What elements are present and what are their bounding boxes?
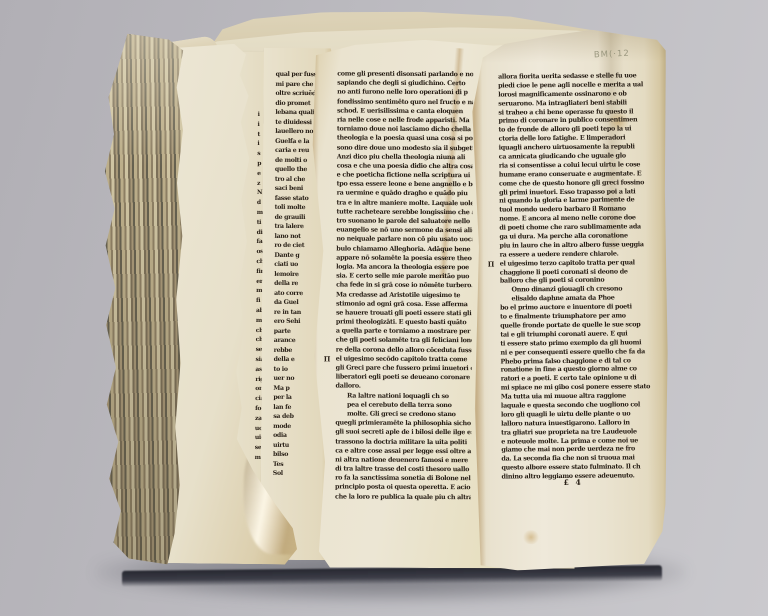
signature-mark: £ 4 — [564, 478, 583, 487]
text-line: Sol — [273, 469, 333, 479]
text-line: el uigesimo terzo capitolo tratta per qu… — [500, 258, 654, 268]
text-line: cha fede in si grā cose io nōmēte turber… — [336, 281, 472, 291]
photo-of-incunable-book: iitispezNdmtidifaosichifineeromofi palzm… — [0, 0, 768, 616]
text-line: fondissimo sentimēto quro nel fructo e n… — [337, 97, 473, 107]
text-line: ra uermine e quādo dragho e quādo piu — [337, 189, 473, 199]
text-line: laquale e questa secondo che uogliono co… — [501, 400, 655, 410]
foxing-spot — [522, 530, 540, 544]
text-line: Anzi dico piu chella theologia niuna ali — [337, 152, 473, 162]
text-line: che gli poeti solamēte tra gli feliciani… — [336, 336, 472, 346]
text-line: no anti furono nelle loro operationi di … — [337, 88, 473, 98]
text-line: dalloro. — [336, 382, 472, 392]
text-line: tra e in altre maniere molte. Laquale uo… — [337, 198, 473, 208]
text-line: Ra laltre nationi loquagli ch so — [335, 391, 471, 401]
paragraph-mark-icon: Π — [488, 260, 495, 269]
text-line: sono dire doue uno modesto sia il subget… — [337, 143, 473, 153]
text-line: piu in lauro che in altro albero fusse u… — [499, 240, 653, 250]
text-line: Ma credasse ad Aristotile uigesimo te — [336, 290, 472, 300]
text-line: quelle fronde portate de quelle le sue s… — [500, 320, 654, 330]
pencil-shelfmark: BM(·12 — [594, 49, 630, 61]
text-line: gli suoi secreti aple de i bilosi delle … — [335, 428, 471, 438]
text-line: no neiquale parlare non cō piu usato uoc… — [336, 235, 472, 245]
text-line: trassono la doctria militare la uita pol… — [335, 437, 471, 447]
right-page-leaf: BM(·12 allora fiorita uerita sedasse e s… — [448, 29, 671, 571]
text-line: bulo chiamamo Alleghoria. Adāque bene — [336, 244, 472, 254]
text-line: piedi cioe le pene agli nocelle e merita… — [498, 80, 652, 90]
center-text-column: come gli presenti disonsati parlando e n… — [335, 69, 473, 502]
text-line: principio posta oi questa operetta. E ac… — [335, 483, 471, 493]
text-line: Tes — [273, 459, 333, 469]
right-text-column: allora fiorita uerita sedasse e stelle f… — [498, 71, 656, 481]
text-line: re della corona dello alloro cōceduta fu… — [336, 345, 472, 355]
text-line: theologia e la poesia quasi una cosa si … — [337, 134, 473, 144]
text-line: ni e per consequenti essere quello che f… — [500, 347, 654, 357]
spine-edge — [94, 33, 187, 564]
paragraph-mark-icon: Π — [324, 354, 331, 363]
text-line: che la loro re publica la quale piu ch a… — [335, 492, 471, 502]
